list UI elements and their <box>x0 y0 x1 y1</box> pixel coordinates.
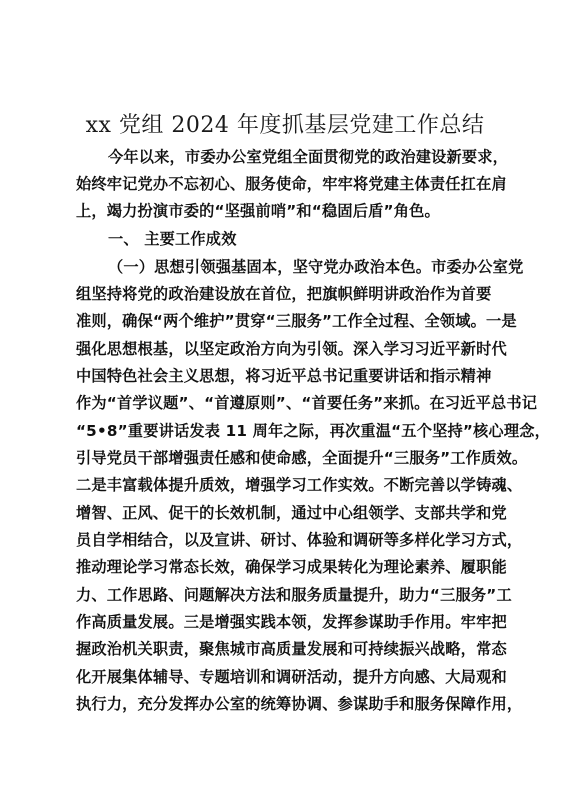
paragraph-line: 引导党员干部增强责任感和使命感，全面提升“三服务”工作质效。 <box>76 447 527 468</box>
paragraph-line: 今年以来，市委办公室党组全面贯彻党的政治建设新要求， <box>108 146 508 167</box>
paragraph-line: 增智、正风、促干的长效机制，通过中心组领学、支部共学和党 <box>76 502 507 523</box>
paragraph-line: 二是丰富载体提升质效，增强学习工作实效。不断完善以学铸魂、 <box>76 474 522 495</box>
paragraph-line: （一）思想引领强基固本，坚守党办政治本色。市委办公室党 <box>108 256 523 277</box>
paragraph-line: 力、工作思路、问题解决方法和服务质量提升，助力“三服务”工 <box>76 584 512 605</box>
paragraph-line: 上，竭力扮演市委的“坚强前哨”和“稳固后盾”角色。 <box>76 200 440 221</box>
paragraph-line: 准则，确保“两个维护”贯穿“三服务”工作全过程、全领域。一是 <box>76 310 517 331</box>
paragraph-line: 执行力，充分发挥办公室的统筹协调、参谋助手和服务保障作用， <box>76 693 522 714</box>
document-page: xx 党组 2024 年度抓基层党建工作总结 今年以来，市委办公室党组全面贯彻党… <box>0 0 570 807</box>
paragraph-line: 化开展集体辅导、专题培训和调研活动，提升方向感、大局观和 <box>76 666 507 687</box>
paragraph-line: 始终牢记党办不忘初心、服务使命，牢牢将党建主体责任扛在肩 <box>76 173 507 194</box>
paragraph-line: 作高质量发展。三是增强实践本领，发挥参谋助手作用。牢牢把 <box>76 611 507 632</box>
paragraph-line: “5•8”重要讲话发表 11 周年之际，再次重温“五个坚持”核心理念， <box>76 420 550 441</box>
paragraph-line: 握政治机关职责，聚焦城市高质量发展和可持续振兴战略，常态 <box>76 638 507 659</box>
paragraph-line: 员自学相结合，以及宣讲、研讨、体验和调研等多样化学习方式， <box>76 529 522 550</box>
section-heading: 一、 主要工作成效 <box>108 228 237 249</box>
paragraph-line: 中国特色社会主义思想，将习近平总书记重要讲话和指示精神 <box>76 365 491 386</box>
paragraph-line: 作为“首学议题”、“首遵原则”、“首要任务”来抓。在习近平总书记 <box>76 392 537 413</box>
document-title: xx 党组 2024 年度抓基层党建工作总结 <box>0 108 570 139</box>
paragraph-line: 强化思想根基，以坚定政治方向为引领。深入学习习近平新时代 <box>76 338 507 359</box>
paragraph-line: 组坚持将党的政治建设放在首位，把旗帜鲜明讲政治作为首要 <box>76 283 491 304</box>
paragraph-line: 推动理论学习常态长效，确保学习成果转化为理论素养、履职能 <box>76 556 507 577</box>
